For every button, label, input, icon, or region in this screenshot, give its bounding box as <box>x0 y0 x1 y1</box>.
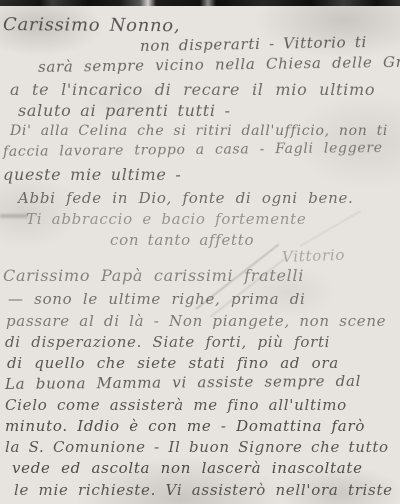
handwriting-line: vede ed ascolta non lascerà inascoltate <box>12 459 363 477</box>
letter-scan-page: Carissimo Nonno, non disperarti - Vittor… <box>0 0 400 504</box>
handwriting-line: Cielo come assisterà me fino all'ultimo <box>5 396 347 414</box>
letter1-signature: Vittorio <box>282 246 346 266</box>
letter1-salutation: Carissimo Nonno, <box>3 14 180 36</box>
handwriting-line: le mie richieste. Vi assisterò nell'ora … <box>14 481 393 499</box>
margin-smudge <box>0 214 28 218</box>
crease-mark <box>300 210 361 246</box>
handwriting-line: — sono le ultime righe, prima di <box>8 290 306 308</box>
handwriting-line: passare al di là - Non piangete, non sce… <box>6 312 386 330</box>
handwriting-line: saluto ai parenti tutti - <box>18 101 231 120</box>
handwriting-line: di quello che siete stati fino ad ora <box>7 354 339 372</box>
handwriting-line: minuto. Iddio è con me - Domattina farò <box>5 417 365 435</box>
handwriting-line: faccia lavorare troppo a casa - Fagli le… <box>3 140 383 160</box>
handwriting-line: non disperarti - Vittorio ti <box>140 33 367 55</box>
handwriting-line: Abbi fede in Dio, fonte di ogni bene. <box>18 189 354 207</box>
handwriting-line: queste mie ultime - <box>3 165 181 184</box>
handwriting-line: Di' alla Celina che si ritiri dall'uffic… <box>10 123 388 139</box>
handwriting-line: sarà sempre vicino nella Chiesa delle Gr… <box>38 52 400 76</box>
handwriting-line: a te l'incarico di recare il mio ultimo <box>10 80 375 99</box>
letter1-closing: con tanto affetto <box>110 231 254 249</box>
scan-edge-top <box>0 0 400 6</box>
handwriting-line: la S. Comunione - Il buon Signore che tu… <box>5 438 389 456</box>
letter2-salutation: Carissimo Papà carissimi fratelli <box>3 266 304 285</box>
handwriting-line: Ti abbraccio e bacio fortemente <box>26 210 306 228</box>
handwriting-line: di disperazione. Siate forti, più forti <box>5 333 330 351</box>
handwriting-line: La buona Mamma vi assiste sempre dal <box>5 372 361 393</box>
